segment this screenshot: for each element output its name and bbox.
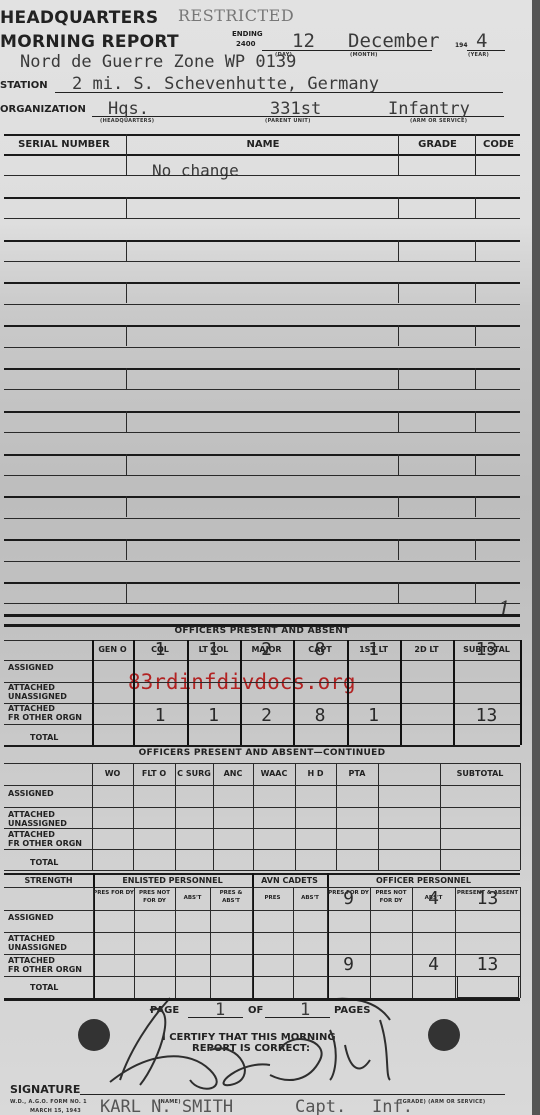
col-code: CODE (477, 139, 520, 150)
roster-row-line (4, 475, 520, 476)
roster-row-line (4, 539, 520, 541)
station-label: STATION (0, 80, 48, 91)
roster-column-divider (398, 411, 399, 432)
roster-column-divider (398, 154, 399, 175)
officers-cell-value: 13 (453, 639, 520, 660)
roster-entry-name: No change (152, 161, 239, 180)
officers-continued-row-line (4, 849, 520, 850)
roster-column-divider (398, 454, 399, 475)
officers-column-divider (92, 640, 94, 745)
strength-row-label: ATTACHED UNASSIGNED (8, 934, 92, 952)
officers-title: OFFICERS PRESENT AND ABSENT (4, 626, 520, 636)
roster-column-divider (398, 582, 399, 603)
officers-cell-value: 1 (347, 705, 400, 726)
officers-continued-column-divider (440, 763, 441, 870)
strength-bottom-border (4, 998, 520, 1001)
officers-cell-value: 8 (293, 639, 347, 660)
roster-column-divider (475, 454, 476, 475)
officers-continued-col-header: PTA (336, 769, 378, 778)
roster-column-divider (126, 582, 127, 603)
officers-continued-column-divider (336, 763, 337, 870)
title-headquarters: HEADQUARTERS (0, 8, 158, 28)
roster-column-divider (126, 539, 127, 560)
strength-column-divider (252, 887, 253, 998)
org-arm: Infantry (388, 99, 470, 119)
signature-label: SIGNATURE (10, 1083, 80, 1096)
restricted-stamp: RESTRICTED (178, 6, 294, 25)
officers-row-label: ATTACHED FR OTHER ORGN (8, 704, 88, 722)
strength-group-header: AVN CADETS (252, 876, 327, 885)
strength-row-line (4, 976, 520, 977)
title-morning-report: MORNING REPORT (0, 32, 179, 52)
roster-row-line (4, 603, 520, 604)
strength-col-header: ABS'T (175, 894, 210, 902)
strength-top-border (4, 873, 520, 875)
roster-column-divider (398, 496, 399, 517)
roster-column-divider (398, 325, 399, 346)
handwritten-signature (90, 990, 420, 1100)
strength-cell-value: 9 (327, 888, 370, 909)
officers-continued-row-line (4, 807, 520, 808)
roster-row-line (4, 561, 520, 562)
strength-column-divider (293, 887, 294, 998)
officers-continued-row-line (4, 870, 520, 871)
officers-column-divider (520, 640, 522, 745)
roster-row-line (4, 197, 520, 199)
roster-row-line (4, 582, 520, 584)
ending-label: ENDING (232, 30, 263, 38)
officers-continued-column-divider (520, 763, 521, 870)
officers-continued-row-label: TOTAL (8, 858, 110, 867)
strength-row-line (4, 910, 520, 911)
officers-cell-value: 1 (187, 705, 240, 726)
strength-col-header: PRES NOT FOR DY (134, 889, 175, 905)
officers-continued-column-divider (175, 763, 176, 870)
col-serial-number: SERIAL NUMBER (4, 139, 124, 150)
form-date: MARCH 15, 1943 (30, 1108, 81, 1114)
officers-row-line (4, 745, 520, 747)
roster-row-line (4, 304, 520, 305)
strength-cell-value: 4 (412, 954, 455, 975)
strength-column-divider (175, 887, 176, 998)
officers-cell-value: 2 (240, 705, 293, 726)
caption-headquarters: (HEADQUARTERS) (100, 118, 154, 124)
roster-row-line (4, 368, 520, 370)
roster-row-line (4, 496, 520, 498)
officers-col-header: 2D LT (400, 645, 453, 654)
roster-column-divider (475, 539, 476, 560)
strength-group-header: OFFICER PERSONNEL (327, 876, 520, 885)
officers-cell-value: 2 (240, 639, 293, 660)
org-headquarters: Hqs. (108, 99, 149, 119)
officers-continued-col-header: WO (92, 769, 133, 778)
officers-column-divider (400, 640, 402, 745)
officers-row-line (4, 660, 520, 661)
strength-row-label: TOTAL (8, 983, 114, 992)
total-box (457, 976, 519, 998)
strength-column-divider (520, 887, 521, 998)
officers-continued-title: OFFICERS PRESENT AND ABSENT—CONTINUED (4, 748, 520, 758)
roster-column-divider (475, 325, 476, 346)
roster-column-divider (126, 134, 127, 154)
strength-col-header: PRES (252, 894, 293, 902)
officers-continued-column-divider (378, 763, 379, 870)
roster-row-line (4, 175, 520, 176)
officers-continued-col-header: ANC (213, 769, 253, 778)
year-prefix: 194 (455, 42, 468, 49)
officers-continued-col-header: H D (295, 769, 336, 778)
roster-row-line (4, 347, 520, 348)
org-parent-unit: 331st (270, 99, 321, 119)
officers-continued-col-header: WAAC (253, 769, 295, 778)
officers-continued-row-line (4, 828, 520, 829)
report-year-digit: 4 (476, 30, 487, 52)
officers-continued-column-divider (92, 763, 93, 870)
form-number: W.D., A.G.O. FORM NO. 1 (10, 1099, 87, 1105)
strength-row-line (4, 932, 520, 933)
roster-column-divider (126, 197, 127, 218)
roster-column-divider (475, 197, 476, 218)
officers-cell-value: 1 (133, 639, 187, 660)
officers-col-header: GEN O (92, 645, 133, 654)
officers-continued-col-header: SUBTOTAL (440, 769, 520, 778)
roster-row-line (4, 432, 520, 433)
roster-column-divider (475, 154, 476, 175)
officers-continued-row-label: ASSIGNED (8, 789, 88, 798)
roster-column-divider (475, 282, 476, 303)
officers-continued-row-line (4, 763, 520, 764)
col-grade: GRADE (400, 139, 475, 150)
roster-column-divider (475, 582, 476, 603)
strength-cell-value: 13 (455, 888, 520, 909)
roster-bottom-border (4, 614, 520, 617)
roster-column-divider (126, 368, 127, 389)
col-name: NAME (128, 139, 398, 150)
roster-column-divider (126, 325, 127, 346)
station-value: 2 mi. S. Schevenhutte, Germany (72, 74, 379, 94)
roster-row-line (4, 240, 520, 242)
roster-top-border (4, 134, 520, 136)
roster-column-divider (475, 134, 476, 154)
officers-continued-row-label: ATTACHED UNASSIGNED (8, 810, 88, 828)
roster-column-divider (398, 197, 399, 218)
officers-continued-column-divider (295, 763, 296, 870)
caption-arm: (ARM OR SERVICE) (410, 118, 467, 124)
organization-label: ORGANIZATION (0, 104, 86, 115)
officers-cell-value: 13 (453, 705, 520, 726)
officers-continued-column-divider (133, 763, 134, 870)
caption-parent-unit: (PARENT UNIT) (265, 118, 311, 124)
strength-row-label: ATTACHED FR OTHER ORGN (8, 956, 92, 974)
roster-row-line (4, 218, 520, 219)
ending-time: 2400 (236, 40, 255, 48)
officers-row-label: TOTAL (8, 733, 110, 742)
roster-column-divider (126, 282, 127, 303)
officers-continued-row-label: ATTACHED FR OTHER ORGN (8, 830, 88, 848)
roster-row-line (4, 325, 520, 327)
roster-column-divider (126, 411, 127, 432)
roster-column-divider (398, 134, 399, 154)
officers-continued-col-header: C SURG (175, 769, 213, 778)
officers-continued-col-header: FLT O (133, 769, 175, 778)
scan-edge (532, 0, 540, 1115)
strength-cell-value: 13 (455, 954, 520, 975)
officers-cell-value: 1 (187, 639, 240, 660)
officers-cell-value: 1 (347, 639, 400, 660)
strength-group-header: ENLISTED PERSONNEL (93, 876, 252, 885)
strength-col-header: ABS'T (293, 894, 327, 902)
strength-cell-value: 4 (412, 888, 455, 909)
roster-column-divider (126, 496, 127, 517)
officers-row-label: ASSIGNED (8, 663, 88, 672)
caption-year: (YEAR) (468, 52, 489, 58)
roster-row-line (4, 518, 520, 519)
roster-column-divider (475, 496, 476, 517)
strength-column-divider (93, 887, 94, 998)
roster-column-divider (126, 454, 127, 475)
roster-column-divider (398, 368, 399, 389)
strength-col-header: PRES & ABS'T (210, 889, 252, 905)
roster-column-divider (398, 240, 399, 261)
roster-row-line (4, 454, 520, 456)
roster-row-line (4, 154, 520, 156)
report-day: 12 (292, 30, 315, 52)
report-month: December (348, 30, 440, 52)
roster-column-divider (398, 539, 399, 560)
roster-column-divider (475, 411, 476, 432)
strength-row-label: ASSIGNED (8, 913, 92, 922)
strength-label: STRENGTH (4, 876, 93, 885)
strength-cell-value: 9 (327, 954, 370, 975)
officers-continued-column-divider (213, 763, 214, 870)
officers-continued-row-line (4, 785, 520, 786)
roster-row-line (4, 261, 520, 262)
roster-row-line (4, 282, 520, 284)
roster-column-divider (398, 282, 399, 303)
location-line: Nord de Guerre Zone WP 0139 (20, 52, 296, 72)
roster-row-line (4, 389, 520, 390)
roster-row-line (4, 411, 520, 413)
roster-column-divider (126, 240, 127, 261)
strength-col-header: PRES NOT FOR DY (370, 889, 412, 905)
officers-cell-value: 1 (133, 705, 187, 726)
officers-row-label: ATTACHED UNASSIGNED (8, 683, 88, 701)
strength-col-header: PRES FOR DY (93, 889, 134, 897)
officers-cell-value: 8 (293, 705, 347, 726)
roster-column-divider (126, 154, 127, 175)
roster-column-divider (475, 368, 476, 389)
roster-column-divider (475, 240, 476, 261)
binder-hole-right (428, 1019, 460, 1051)
officers-continued-column-divider (253, 763, 254, 870)
caption-month: (MONTH) (350, 52, 378, 58)
